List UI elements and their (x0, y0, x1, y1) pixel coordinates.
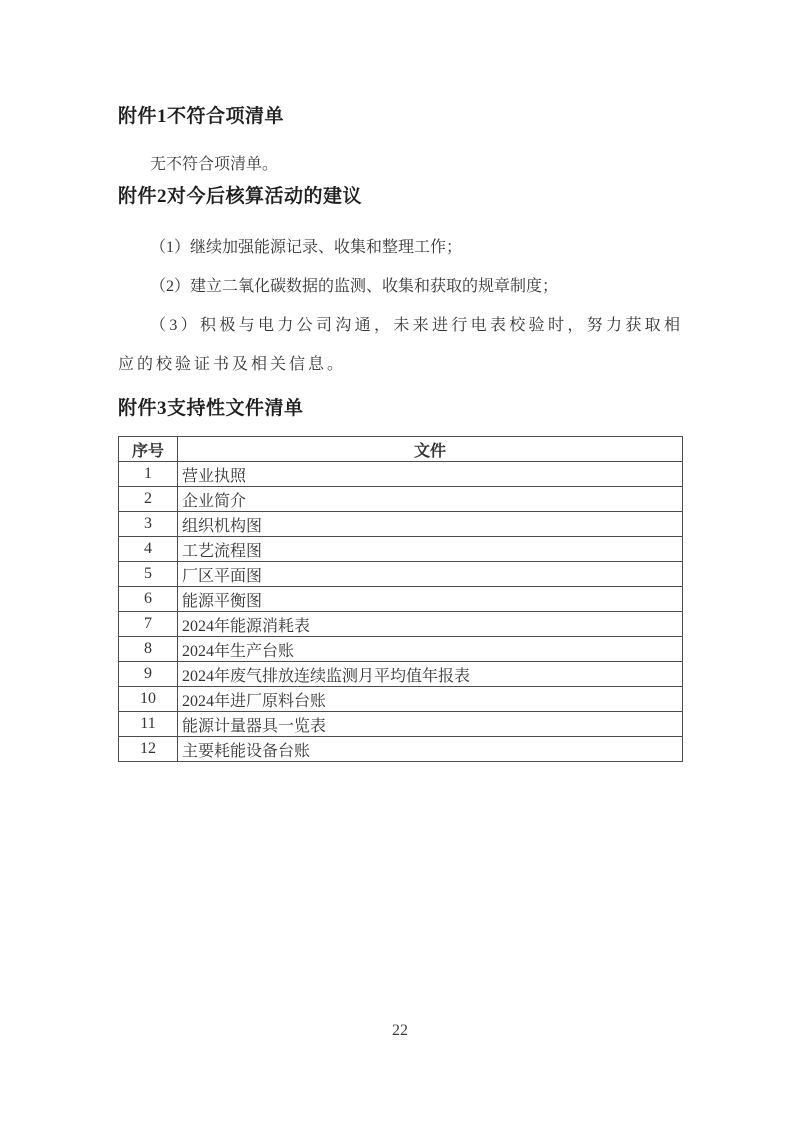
suggestion-item-3: （3）积极与电力公司沟通，未来进行电表校验时，努力获取相应的校验证书及相关信息。 (118, 306, 683, 384)
table-head: 序号 文件 (119, 437, 683, 462)
table-row: 5 厂区平面图 (119, 562, 683, 587)
attachment1-paragraph: 无不符合项清单。 (118, 152, 683, 178)
row-index: 9 (119, 662, 178, 687)
row-index: 5 (119, 562, 178, 587)
table-row: 2 企业简介 (119, 487, 683, 512)
row-file: 2024年废气排放连续监测月平均值年报表 (178, 662, 683, 687)
table-row: 6 能源平衡图 (119, 587, 683, 612)
table-row: 12 主要耗能设备台账 (119, 737, 683, 762)
row-index: 11 (119, 712, 178, 737)
table-header-index: 序号 (119, 437, 178, 462)
row-file: 能源平衡图 (178, 587, 683, 612)
table-body: 1 营业执照 2 企业简介 3 组织机构图 4 工艺流程图 5 厂区平面图 (119, 462, 683, 762)
table-row: 1 营业执照 (119, 462, 683, 487)
table-row: 7 2024年能源消耗表 (119, 612, 683, 637)
row-file: 组织机构图 (178, 512, 683, 537)
table-row: 4 工艺流程图 (119, 537, 683, 562)
suggestion-item-2: （2）建立二氧化碳数据的监测、收集和获取的规章制度； (118, 267, 683, 306)
table-header-file: 文件 (178, 437, 683, 462)
row-file: 工艺流程图 (178, 537, 683, 562)
row-file: 2024年能源消耗表 (178, 612, 683, 637)
table-row: 9 2024年废气排放连续监测月平均值年报表 (119, 662, 683, 687)
row-file: 营业执照 (178, 462, 683, 487)
table-row: 3 组织机构图 (119, 512, 683, 537)
page-content: 附件1不符合项清单 无不符合项清单。 附件2对今后核算活动的建议 （1）继续加强… (118, 104, 683, 762)
row-index: 10 (119, 687, 178, 712)
row-index: 7 (119, 612, 178, 637)
document-page: 附件1不符合项清单 无不符合项清单。 附件2对今后核算活动的建议 （1）继续加强… (0, 0, 800, 1131)
row-index: 4 (119, 537, 178, 562)
attachment1-heading: 附件1不符合项清单 (118, 104, 683, 130)
table-header-row: 序号 文件 (119, 437, 683, 462)
table-row: 10 2024年进厂原料台账 (119, 687, 683, 712)
row-index: 8 (119, 637, 178, 662)
row-index: 12 (119, 737, 178, 762)
attachment2-heading: 附件2对今后核算活动的建议 (118, 184, 683, 210)
row-index: 2 (119, 487, 178, 512)
suggestion-list: （1）继续加强能源记录、收集和整理工作； （2）建立二氧化碳数据的监测、收集和获… (118, 228, 683, 384)
row-file: 厂区平面图 (178, 562, 683, 587)
row-index: 3 (119, 512, 178, 537)
row-index: 1 (119, 462, 178, 487)
row-file: 企业简介 (178, 487, 683, 512)
row-file: 2024年生产台账 (178, 637, 683, 662)
row-index: 6 (119, 587, 178, 612)
attachment3-heading: 附件3支持性文件清单 (118, 396, 683, 422)
row-file: 能源计量器具一览表 (178, 712, 683, 737)
table-row: 8 2024年生产台账 (119, 637, 683, 662)
page-number: 22 (0, 1022, 800, 1040)
suggestion-item-1: （1）继续加强能源记录、收集和整理工作； (118, 228, 683, 267)
row-file: 2024年进厂原料台账 (178, 687, 683, 712)
table-row: 11 能源计量器具一览表 (119, 712, 683, 737)
supporting-documents-table: 序号 文件 1 营业执照 2 企业简介 3 组织机构图 4 (118, 436, 683, 762)
row-file: 主要耗能设备台账 (178, 737, 683, 762)
